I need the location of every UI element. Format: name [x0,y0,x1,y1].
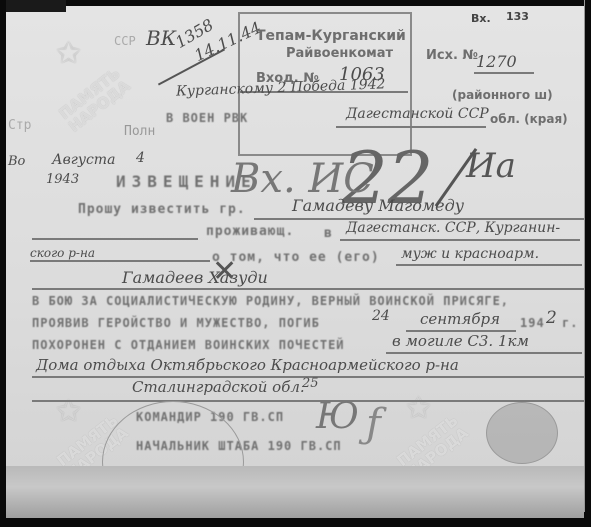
relation-prefix: о том, что ее (его) [212,250,380,265]
registration-underline [158,49,225,86]
soldier-name: Гамадеев Хазуди [122,268,268,287]
star-icon: ✩ [56,36,81,71]
death-year-digit: 2 [546,308,557,328]
star-icon: ✩ [406,391,431,426]
fixed-text-3: ПОХОРОНЕН С ОТДАНИЕМ ВОИНСКИХ ПОЧЕСТЕЙ [32,338,345,352]
residence-label: проживающ. [206,224,294,239]
watermark-top: ПАМЯТЬНАРОДА [56,65,133,135]
ussr-label: ССР [114,34,136,48]
fixed-text-1: В БОЮ ЗА СОЦИАЛИСТИЧЕСКУЮ РОДИНУ, ВЕРНЫЙ… [32,294,509,308]
year-suffix: г. [562,316,578,330]
death-month: сентября [420,310,500,328]
signature-scribble-2: ƒ [366,401,381,447]
ish-number: 1270 [476,52,517,71]
obl-label: обл. (края) [490,112,568,126]
handwritten-scribble: Иа [466,146,516,186]
scan-corner-shadow [6,0,66,12]
place-cont-underline [30,260,210,262]
body-line1-prefix: Прошу известить гр. [78,202,246,217]
scanned-document: ✩ ПАМЯТЬНАРОДА ✩ ПАМЯТЬНАРОДА ✩ ПАМЯТЬНА… [6,6,584,518]
cross-mark: ✕ [212,254,237,289]
dated-prefix: Во [8,154,25,169]
dated-year: 1943 [46,172,79,187]
small-handwritten-number: 25 [302,376,319,391]
place-underline [340,239,580,241]
relation-value: муж и красноарм. [401,246,539,262]
recipient-name: Гамадеву Магомеду [292,196,464,215]
registration-mark: ВК [146,26,176,50]
burial1-underline [386,352,582,354]
obl-value: Дагестанской ССР [346,106,489,122]
obl-underline [336,126,486,128]
paper-edge [584,0,585,512]
paper-bottom-fold [6,466,584,518]
death-year-prefix: 194 [520,316,545,330]
ish-label: Исх. № [426,48,478,63]
burial-line-2: Дома отдыха Октябрьского Красноармейског… [36,356,459,374]
str-label: Стр [8,118,31,133]
stamp-line2: Райвоенкомат [286,46,393,61]
death-day: 24 [372,308,390,324]
dated-month: Августа [52,152,115,168]
soldier-underline [32,288,584,290]
residence-place: Дагестанск. ССР, Курганин- [346,220,560,236]
ish-underline [474,72,534,74]
blank-underline [32,238,198,240]
poln-label: Полн [124,124,155,139]
burial-line-3: Сталинградской обл. [132,378,305,396]
official-seal-right [486,402,558,464]
vh-number: 133 [506,10,529,23]
burial3-underline [32,400,584,402]
place-continued: ского р-на [30,246,95,260]
burial-line-1: в могиле С3. 1км [392,332,529,350]
document-title: ИЗВЕЩЕНИЕ [116,172,257,191]
fixed-text-2: ПРОЯВИВ ГЕРОЙСТВО И МУЖЕСТВО, ПОГИБ [32,316,320,330]
dated-day: 4 [136,150,145,166]
relation-underline [396,264,582,266]
signature-scribble: Ю [316,396,359,437]
region-suffix: (районного ш) [452,88,553,102]
address-prefix: В ВОЕН РВК [166,111,248,125]
residence-in: в [324,226,333,241]
stamp-line1: Тепам-Курганский [256,28,406,44]
vh-label: Вх. [471,12,491,25]
